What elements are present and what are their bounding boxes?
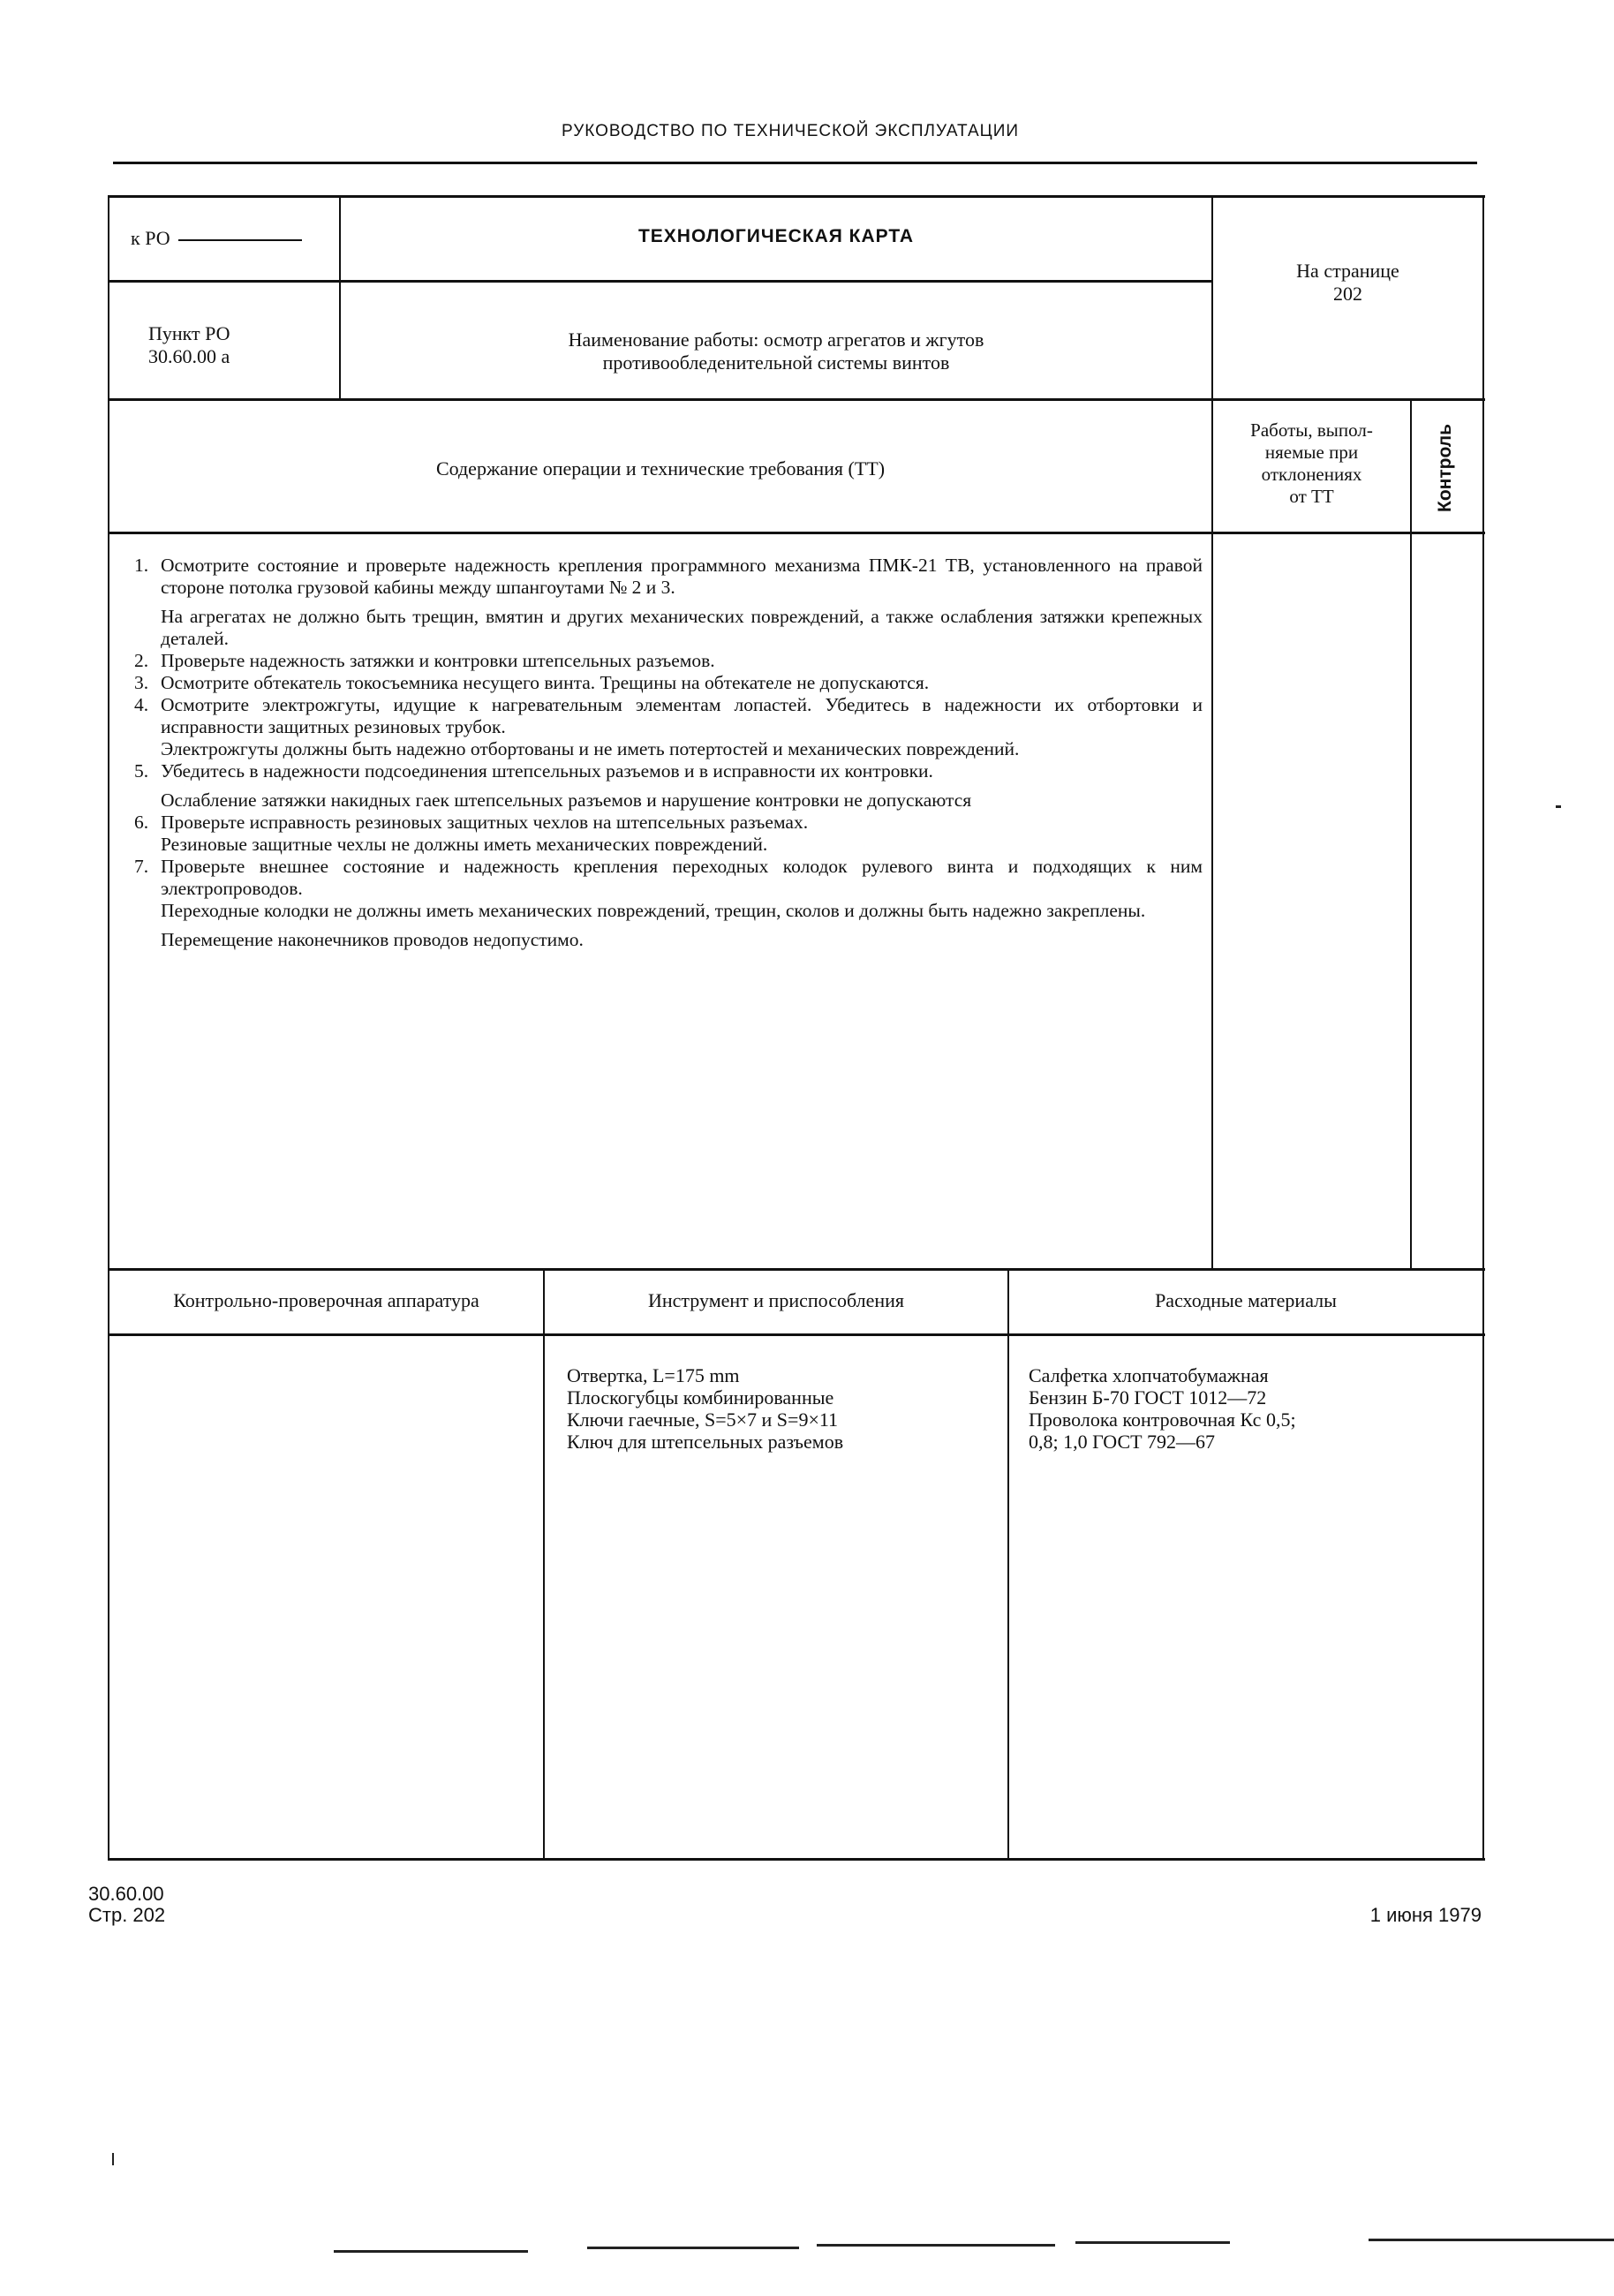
materials-header: Расходные материалы (1009, 1289, 1482, 1312)
control-col-divider (1410, 398, 1412, 1269)
operations-list: 1.Осмотрите состояние и проверьте надежн… (134, 555, 1203, 951)
page-col-divider (1211, 195, 1213, 1269)
scan-mark (112, 2153, 114, 2165)
lower-col1-divider (543, 1268, 545, 1860)
table-border-top (108, 195, 1485, 198)
operation-item: 3.Осмотрите обтекатель токосъемника несу… (134, 672, 1203, 694)
ref-label: к РО (131, 227, 170, 249)
footer-section: 30.60.00 (88, 1884, 165, 1905)
operation-number: 1. (134, 555, 161, 599)
list-item: Проволока контровочная Кс 0,5; (1029, 1409, 1296, 1431)
lower-col2-divider (1007, 1268, 1009, 1860)
list-item: Отвертка, L=175 mm (567, 1364, 843, 1386)
scan-mark (1556, 805, 1561, 808)
footer-date: 1 июня 1979 (1370, 1905, 1482, 1926)
operation-number: 4. (134, 694, 161, 738)
table-border-right (1482, 195, 1484, 1860)
equipment-header: Контрольно-проверочная аппаратура (109, 1289, 543, 1312)
control-column-header: Контроль (1423, 415, 1467, 521)
operation-item: 2.Проверьте надежность затяжки и контров… (134, 650, 1203, 672)
operation-number: 5. (134, 760, 161, 782)
table-border-bottom (108, 1858, 1485, 1861)
ref-cell: к РО (131, 227, 302, 250)
page-label: На странице (1213, 260, 1482, 283)
item-label: Пункт РО (148, 322, 230, 345)
operation-text: Осмотрите обтекатель токосъемника несуще… (161, 672, 1203, 694)
footer-page: Стр. 202 (88, 1905, 165, 1926)
row2-divider (108, 398, 1485, 401)
item-cell: Пункт РО 30.60.00 а (148, 322, 230, 368)
ref-blank-line (178, 239, 302, 241)
operation-item: 1.Осмотрите состояние и проверьте надежн… (134, 555, 1203, 599)
operation-requirement: Перемещение наконечников проводов недопу… (134, 929, 1203, 951)
deviation-line: отклонениях (1213, 464, 1410, 486)
list-item: Ключи гаечные, S=5×7 и S=9×11 (567, 1409, 843, 1431)
operation-text: Проверьте исправность резиновых защитных… (161, 812, 1203, 834)
tools-list: Отвертка, L=175 mmПлоскогубцы комбиниров… (567, 1364, 843, 1453)
operation-item: 6.Проверьте исправность резиновых защитн… (134, 812, 1203, 834)
scan-line (587, 2247, 799, 2249)
operation-requirement: Резиновые защитные чехлы не должны иметь… (134, 834, 1203, 856)
operation-text: Убедитесь в надежности подсоединения ште… (161, 760, 1203, 782)
operation-text: Осмотрите электрожгуты, идущие к нагрева… (161, 694, 1203, 738)
header-rule (113, 162, 1477, 164)
operation-text: Проверьте внешнее состояние и надежность… (161, 856, 1203, 900)
running-head: РУКОВОДСТВО ПО ТЕХНИЧЕСКОЙ ЭКСПЛУАТАЦИИ (0, 122, 1580, 141)
deviation-line: няемые при (1213, 442, 1410, 464)
work-name-line2: противообледенительной системы винтов (341, 351, 1211, 374)
operation-number: 7. (134, 856, 161, 900)
card-title: ТЕХНОЛОГИЧЕСКАЯ КАРТА (341, 225, 1211, 248)
item-value: 30.60.00 а (148, 345, 230, 368)
scan-line (1369, 2239, 1614, 2241)
operation-requirement: Ослабление затяжки накидных гаек штепсел… (134, 789, 1203, 812)
operation-requirement: На агрегатах не должно быть трещин, вмят… (134, 606, 1203, 650)
operation-item: 4.Осмотрите электрожгуты, идущие к нагре… (134, 694, 1203, 738)
work-name: Наименование работы: осмотр агрегатов и … (341, 329, 1211, 374)
materials-list: Салфетка хлопчатобумажнаяБензин Б-70 ГОС… (1029, 1364, 1296, 1453)
scan-line (817, 2244, 1055, 2247)
list-item: Плоскогубцы комбинированные (567, 1386, 843, 1409)
operation-requirement: Переходные колодки не должны иметь механ… (134, 900, 1203, 922)
tools-header: Инструмент и приспособления (545, 1289, 1007, 1312)
operation-item: 5.Убедитесь в надежности подсоединения ш… (134, 760, 1203, 782)
operation-text: Проверьте надежность затяжки и контровки… (161, 650, 1203, 672)
list-item: Бензин Б-70 ГОСТ 1012—72 (1029, 1386, 1296, 1409)
content-column-header: Содержание операции и технические требов… (109, 457, 1211, 480)
operation-number: 3. (134, 672, 161, 694)
operation-number: 6. (134, 812, 161, 834)
footer-left: 30.60.00 Стр. 202 (88, 1884, 165, 1926)
work-name-line1: Наименование работы: осмотр агрегатов и … (341, 329, 1211, 351)
operation-text: Осмотрите состояние и проверьте надежнос… (161, 555, 1203, 599)
deviation-column-header: Работы, выпол- няемые при отклонениях от… (1213, 419, 1410, 508)
body-bottom (108, 1268, 1485, 1271)
scan-line (334, 2250, 528, 2253)
list-item: Салфетка хлопчатобумажная (1029, 1364, 1296, 1386)
list-item: Ключ для штепсельных разъемов (567, 1431, 843, 1453)
row3-divider (108, 532, 1485, 534)
page-number: 202 (1213, 283, 1482, 306)
row1-divider (108, 280, 1213, 283)
scan-line (1075, 2241, 1230, 2244)
deviation-line: Работы, выпол- (1213, 419, 1410, 442)
list-item: 0,8; 1,0 ГОСТ 792—67 (1029, 1431, 1296, 1453)
deviation-line: от ТТ (1213, 486, 1410, 508)
table-border-left (108, 195, 109, 1860)
page-cell: На странице 202 (1213, 260, 1482, 306)
lower-header-bottom (108, 1333, 1485, 1336)
operation-item: 7.Проверьте внешнее состояние и надежнос… (134, 856, 1203, 900)
operation-number: 2. (134, 650, 161, 672)
operation-requirement: Электрожгуты должны быть надежно отборто… (134, 738, 1203, 760)
